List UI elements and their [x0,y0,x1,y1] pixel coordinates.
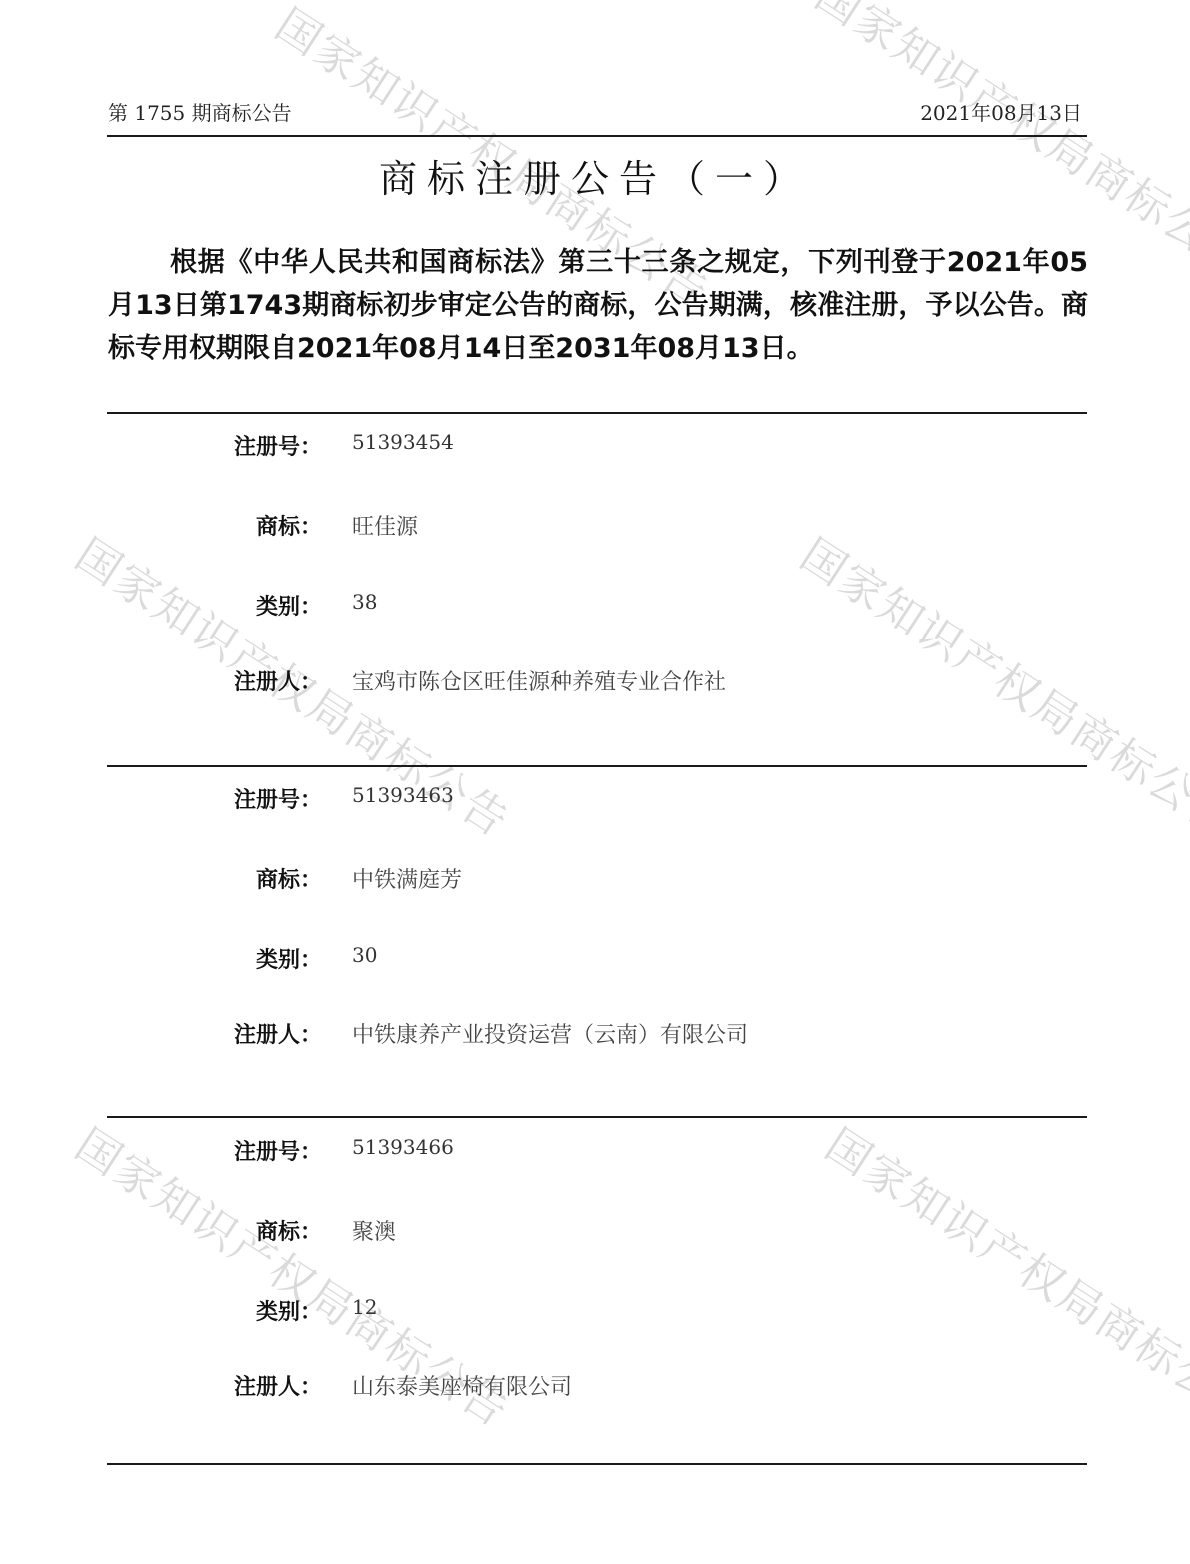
reg-no-value: 51393454 [352,430,454,454]
mark-value: 旺佳源 [352,510,418,541]
page-title: 商标注册公告（一） [0,148,1190,203]
reg-no-label: 注册号： [234,430,322,461]
class-label: 类别： [256,1295,322,1326]
registrant-value: 宝鸡市陈仓区旺佳源种养殖专业合作社 [352,665,726,696]
registrant-label: 注册人： [234,1370,322,1401]
reg-no-value: 51393466 [352,1135,454,1159]
section-divider [107,1116,1087,1118]
reg-no-label: 注册号： [234,783,322,814]
class-value: 38 [352,590,377,614]
mark-value: 聚澳 [352,1215,396,1246]
issue-number: 第 1755 期商标公告 [108,97,292,126]
mark-label: 商标： [256,863,322,894]
header-divider [107,135,1087,137]
class-label: 类别： [256,590,322,621]
class-value: 12 [352,1295,377,1319]
mark-label: 商标： [256,510,322,541]
publication-date: 2021年08月13日 [920,97,1082,126]
registrant-value: 中铁康养产业投资运营（云南）有限公司 [352,1018,748,1049]
intro-paragraph: 根据《中华人民共和国商标法》第三十三条之规定，下列刊登于2021年05月13日第… [108,241,1088,370]
mark-value: 中铁满庭芳 [352,863,462,894]
registrant-label: 注册人： [234,665,322,696]
class-value: 30 [352,943,377,967]
reg-no-value: 51393463 [352,783,454,807]
section-divider [107,765,1087,767]
registrant-label: 注册人： [234,1018,322,1049]
section-divider [107,412,1087,414]
section-divider [107,1463,1087,1465]
reg-no-label: 注册号： [234,1135,322,1166]
registrant-value: 山东泰美座椅有限公司 [352,1370,572,1401]
class-label: 类别： [256,943,322,974]
mark-label: 商标： [256,1215,322,1246]
